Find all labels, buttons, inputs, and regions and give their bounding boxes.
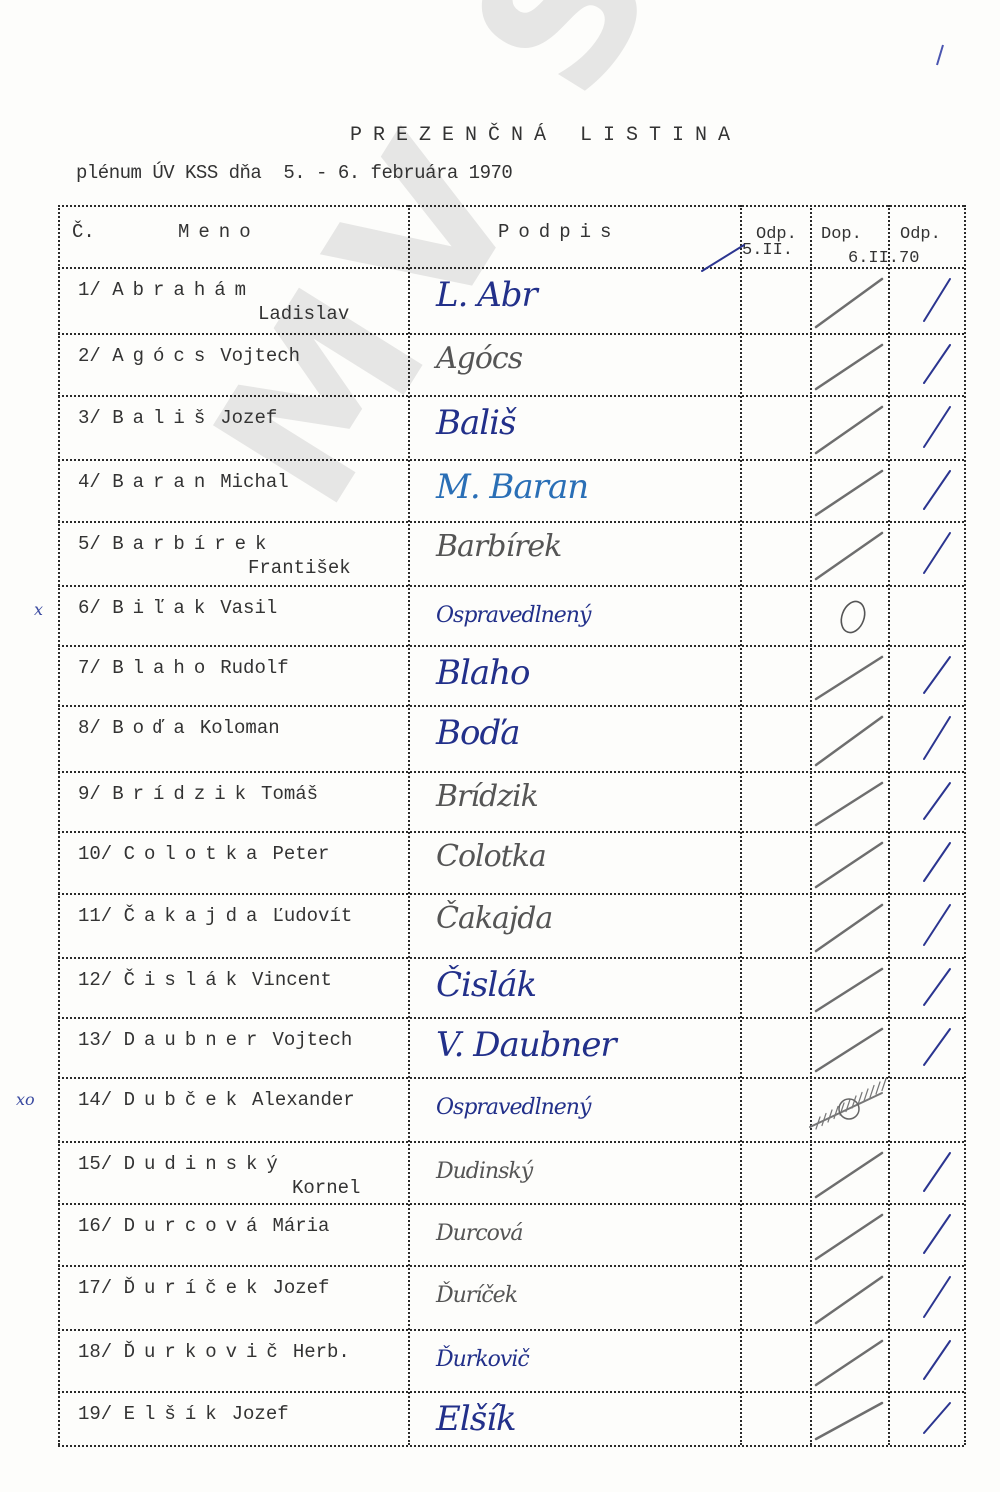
table-row-divider: [58, 1445, 964, 1447]
member-name: 12/ ČislákVincent: [78, 969, 332, 991]
member-surname: Durcová: [124, 1215, 267, 1237]
header-pen-stroke: [700, 235, 750, 275]
table-row: 10/ ColotkaPeterColotka: [58, 831, 964, 893]
member-firstname: Ladislav: [258, 303, 349, 325]
row-number: 14/: [78, 1089, 124, 1111]
member-surname: Elšík: [124, 1403, 226, 1425]
header-day2-date: 6.II.70: [848, 249, 919, 268]
member-surname: Čislák: [124, 969, 246, 991]
dop-check-mark: [810, 333, 888, 395]
member-name: 7/ BlahoRudolf: [78, 657, 289, 679]
header-name: Meno: [178, 221, 260, 243]
member-surname: Abrahám: [112, 279, 255, 301]
odp-day2-check-mark: [888, 1391, 964, 1445]
member-firstname: Jozef: [232, 1403, 289, 1425]
odp-day2-check-mark: [888, 1017, 964, 1077]
row-number: 16/: [78, 1215, 124, 1237]
member-name: 13/ DaubnerVojtech: [78, 1029, 352, 1051]
member-surname: Colotka: [124, 843, 267, 865]
member-surname: Boďa: [112, 717, 194, 739]
dop-check-mark: [810, 1265, 888, 1329]
odp-day2-check-mark: [888, 831, 964, 893]
row-number: 9/: [78, 783, 112, 805]
dop-absent-circle: [810, 585, 888, 645]
odp-day2-check-mark: [888, 459, 964, 521]
member-firstname: Vojtech: [272, 1029, 352, 1051]
table-row: 11/ ČakajdaĽudovítČakajda: [58, 893, 964, 957]
signature: Ďurkovič: [436, 1347, 529, 1372]
member-name: 16/ DurcováMária: [78, 1215, 329, 1237]
member-firstname: Tomáš: [261, 783, 318, 805]
attendance-table: Č. Meno Podpis Odp. 5.II. Dop. 6.II.70 O…: [58, 205, 964, 1445]
table-row: 18/ ĎurkovičHerb.Ďurkovič: [58, 1329, 964, 1391]
signature: L. Abr: [436, 275, 537, 315]
row-number: 8/: [78, 717, 112, 739]
member-surname: Čakajda: [124, 905, 267, 927]
table-row: 7/ BlahoRudolfBlaho: [58, 645, 964, 705]
table-column-divider: [964, 205, 966, 1445]
member-name: 2/ AgócsVojtech: [78, 345, 300, 367]
signature: V. Daubner: [436, 1025, 616, 1065]
dop-check-mark: [810, 1329, 888, 1391]
signature: Boďa: [436, 713, 520, 753]
member-name: 11/ ČakajdaĽudovít: [78, 905, 352, 927]
dop-check-mark: [810, 705, 888, 771]
dop-check-mark: [810, 521, 888, 585]
row-number: 3/: [78, 407, 112, 429]
dop-check-mark: [810, 831, 888, 893]
table-row: 9/ BrídzikTomášBrídzik: [58, 771, 964, 831]
member-name: 9/ BrídzikTomáš: [78, 783, 318, 805]
odp-day2-check-mark: [888, 705, 964, 771]
member-name: 14/ DubčekAlexander: [78, 1089, 355, 1111]
member-firstname: František: [248, 557, 351, 579]
table-row: 8/ BoďaKolomanBoďa: [58, 705, 964, 771]
member-name: 8/ BoďaKoloman: [78, 717, 280, 739]
signature: Ospravedlnený: [436, 603, 590, 628]
signature: M. Baran: [436, 467, 588, 507]
table-row: František5/ BarbírekBarbírek: [58, 521, 964, 585]
table-row: 4/ BaranMichalM. Baran: [58, 459, 964, 521]
dop-check-mark: [810, 1391, 888, 1445]
table-row: 12/ ČislákVincentČislák: [58, 957, 964, 1017]
signature: Dudinský: [436, 1159, 532, 1184]
member-name: 4/ BaranMichal: [78, 471, 289, 493]
header-signature: Podpis: [498, 221, 620, 243]
member-surname: Barbírek: [112, 533, 275, 555]
signature: Čislák: [436, 965, 536, 1005]
member-name: 15/ Dudinský: [78, 1153, 287, 1175]
row-number: 7/: [78, 657, 112, 679]
member-surname: Biľak: [112, 597, 214, 619]
member-firstname: Jozef: [272, 1277, 329, 1299]
row-number: 19/: [78, 1403, 124, 1425]
odp-day2-check-mark: [888, 521, 964, 585]
member-firstname: Herb.: [293, 1341, 350, 1363]
member-name: 1/ Abrahám: [78, 279, 255, 301]
table-row: 13/ DaubnerVojtechV. Daubner: [58, 1017, 964, 1077]
table-row: Ladislav1/ AbrahámL. Abr: [58, 267, 964, 333]
header-dop: Dop.: [821, 225, 862, 244]
table-row: 16/ DurcováMáriaDurcová: [58, 1203, 964, 1265]
table-row: 19/ ElšíkJozefElšík: [58, 1391, 964, 1445]
member-surname: Ďurkovič: [124, 1341, 287, 1363]
document-subtitle: plénum ÚV KSS dňa5. - 6. februára 1970: [76, 162, 512, 184]
member-name: 18/ ĎurkovičHerb.: [78, 1341, 350, 1363]
row-number: 4/: [78, 471, 112, 493]
table-row: 2/ AgócsVojtechAgócs: [58, 333, 964, 395]
dop-check-mark: [810, 1203, 888, 1265]
member-name: 19/ ElšíkJozef: [78, 1403, 289, 1425]
member-firstname: Michal: [220, 471, 288, 493]
table-row: 17/ ĎuríčekJozefĎuríček: [58, 1265, 964, 1329]
row-number: 1/: [78, 279, 112, 301]
member-surname: Brídzik: [112, 783, 255, 805]
signature: Ďuríček: [436, 1283, 517, 1308]
member-name: 17/ ĎuríčekJozef: [78, 1277, 329, 1299]
margin-note-row6: x: [34, 600, 43, 619]
header-odp-day2: Odp.: [900, 225, 941, 244]
member-firstname: Jozef: [220, 407, 277, 429]
table-row: 3/ BališJozefBališ: [58, 395, 964, 459]
member-firstname: Vasil: [220, 597, 277, 619]
member-name: 6/ BiľakVasil: [78, 597, 277, 619]
row-number: 5/: [78, 533, 112, 555]
member-surname: Dudinský: [124, 1153, 287, 1175]
signature: Bališ: [436, 403, 515, 443]
member-firstname: Ľudovít: [272, 905, 352, 927]
row-number: 2/: [78, 345, 112, 367]
dop-check-mark: [810, 771, 888, 831]
dop-check-mark: [810, 267, 888, 333]
odp-day2-check-mark: [888, 893, 964, 957]
signature: Blaho: [436, 653, 530, 693]
signature: Čakajda: [436, 901, 552, 936]
row-number: 15/: [78, 1153, 124, 1175]
member-firstname: Koloman: [200, 717, 280, 739]
member-firstname: Kornel: [292, 1177, 360, 1199]
row-number: 6/: [78, 597, 112, 619]
odp-day2-check-mark: [888, 395, 964, 459]
row-number: 17/: [78, 1277, 124, 1299]
dop-check-mark: [810, 395, 888, 459]
margin-note-row14: xo: [16, 1090, 35, 1109]
member-firstname: Vojtech: [220, 345, 300, 367]
signature: Ospravedlnený: [436, 1095, 590, 1120]
member-surname: Agócs: [112, 345, 214, 367]
row-number: 10/: [78, 843, 124, 865]
member-firstname: Alexander: [252, 1089, 355, 1111]
signature: Durcová: [436, 1221, 522, 1246]
member-name: 5/ Barbírek: [78, 533, 275, 555]
dop-check-mark: [810, 459, 888, 521]
document-title: PREZENČNÁ LISTINA: [350, 124, 741, 147]
odp-day2-check-mark: [888, 1203, 964, 1265]
dop-check-mark: [810, 957, 888, 1017]
signature: Agócs: [436, 341, 522, 376]
member-surname: Daubner: [124, 1029, 267, 1051]
row-number: 11/: [78, 905, 124, 927]
dop-check-mark: [810, 1017, 888, 1077]
signature: Colotka: [436, 839, 546, 874]
odp-day2-check-mark: [888, 957, 964, 1017]
table-row: 6/ BiľakVasilOspravedlnený: [58, 585, 964, 645]
signature: Elšík: [436, 1399, 516, 1439]
signature: Brídzik: [436, 779, 538, 814]
row-number: 12/: [78, 969, 124, 991]
dop-check-mark: [810, 645, 888, 705]
member-surname: Bališ: [112, 407, 214, 429]
dop-check-mark: [810, 893, 888, 957]
table-row-divider: [58, 205, 964, 207]
odp-day2-check-mark: [888, 645, 964, 705]
member-name: 10/ ColotkaPeter: [78, 843, 329, 865]
table-row: 14/ DubčekAlexanderOspravedlnený: [58, 1077, 964, 1141]
odp-day2-check-mark: [888, 1265, 964, 1329]
odp-day2-check-mark: [888, 771, 964, 831]
member-surname: Ďuríček: [124, 1277, 267, 1299]
member-surname: Baran: [112, 471, 214, 493]
meeting-label: plénum ÚV KSS dňa: [76, 162, 261, 184]
table-row: Kornel15/ DudinskýDudinský: [58, 1141, 964, 1203]
odp-day2-check-mark: [888, 1329, 964, 1391]
odp-day2-check-mark: [888, 333, 964, 395]
member-surname: Blaho: [112, 657, 214, 679]
member-name: 3/ BališJozef: [78, 407, 277, 429]
meeting-date: 5. - 6. februára 1970: [283, 162, 512, 184]
dop-crossed-out-mark: [810, 1077, 888, 1141]
member-firstname: Peter: [272, 843, 329, 865]
member-firstname: Vincent: [252, 969, 332, 991]
odp-day2-check-mark: [888, 267, 964, 333]
signature: Barbírek: [436, 529, 561, 564]
dop-check-mark: [810, 1141, 888, 1203]
row-number: 13/: [78, 1029, 124, 1051]
member-firstname: Rudolf: [220, 657, 288, 679]
row-number: 18/: [78, 1341, 124, 1363]
member-surname: Dubček: [124, 1089, 246, 1111]
page-number-mark: [936, 44, 944, 66]
member-firstname: Mária: [272, 1215, 329, 1237]
odp-day2-check-mark: [888, 1141, 964, 1203]
header-number: Č.: [72, 221, 95, 243]
